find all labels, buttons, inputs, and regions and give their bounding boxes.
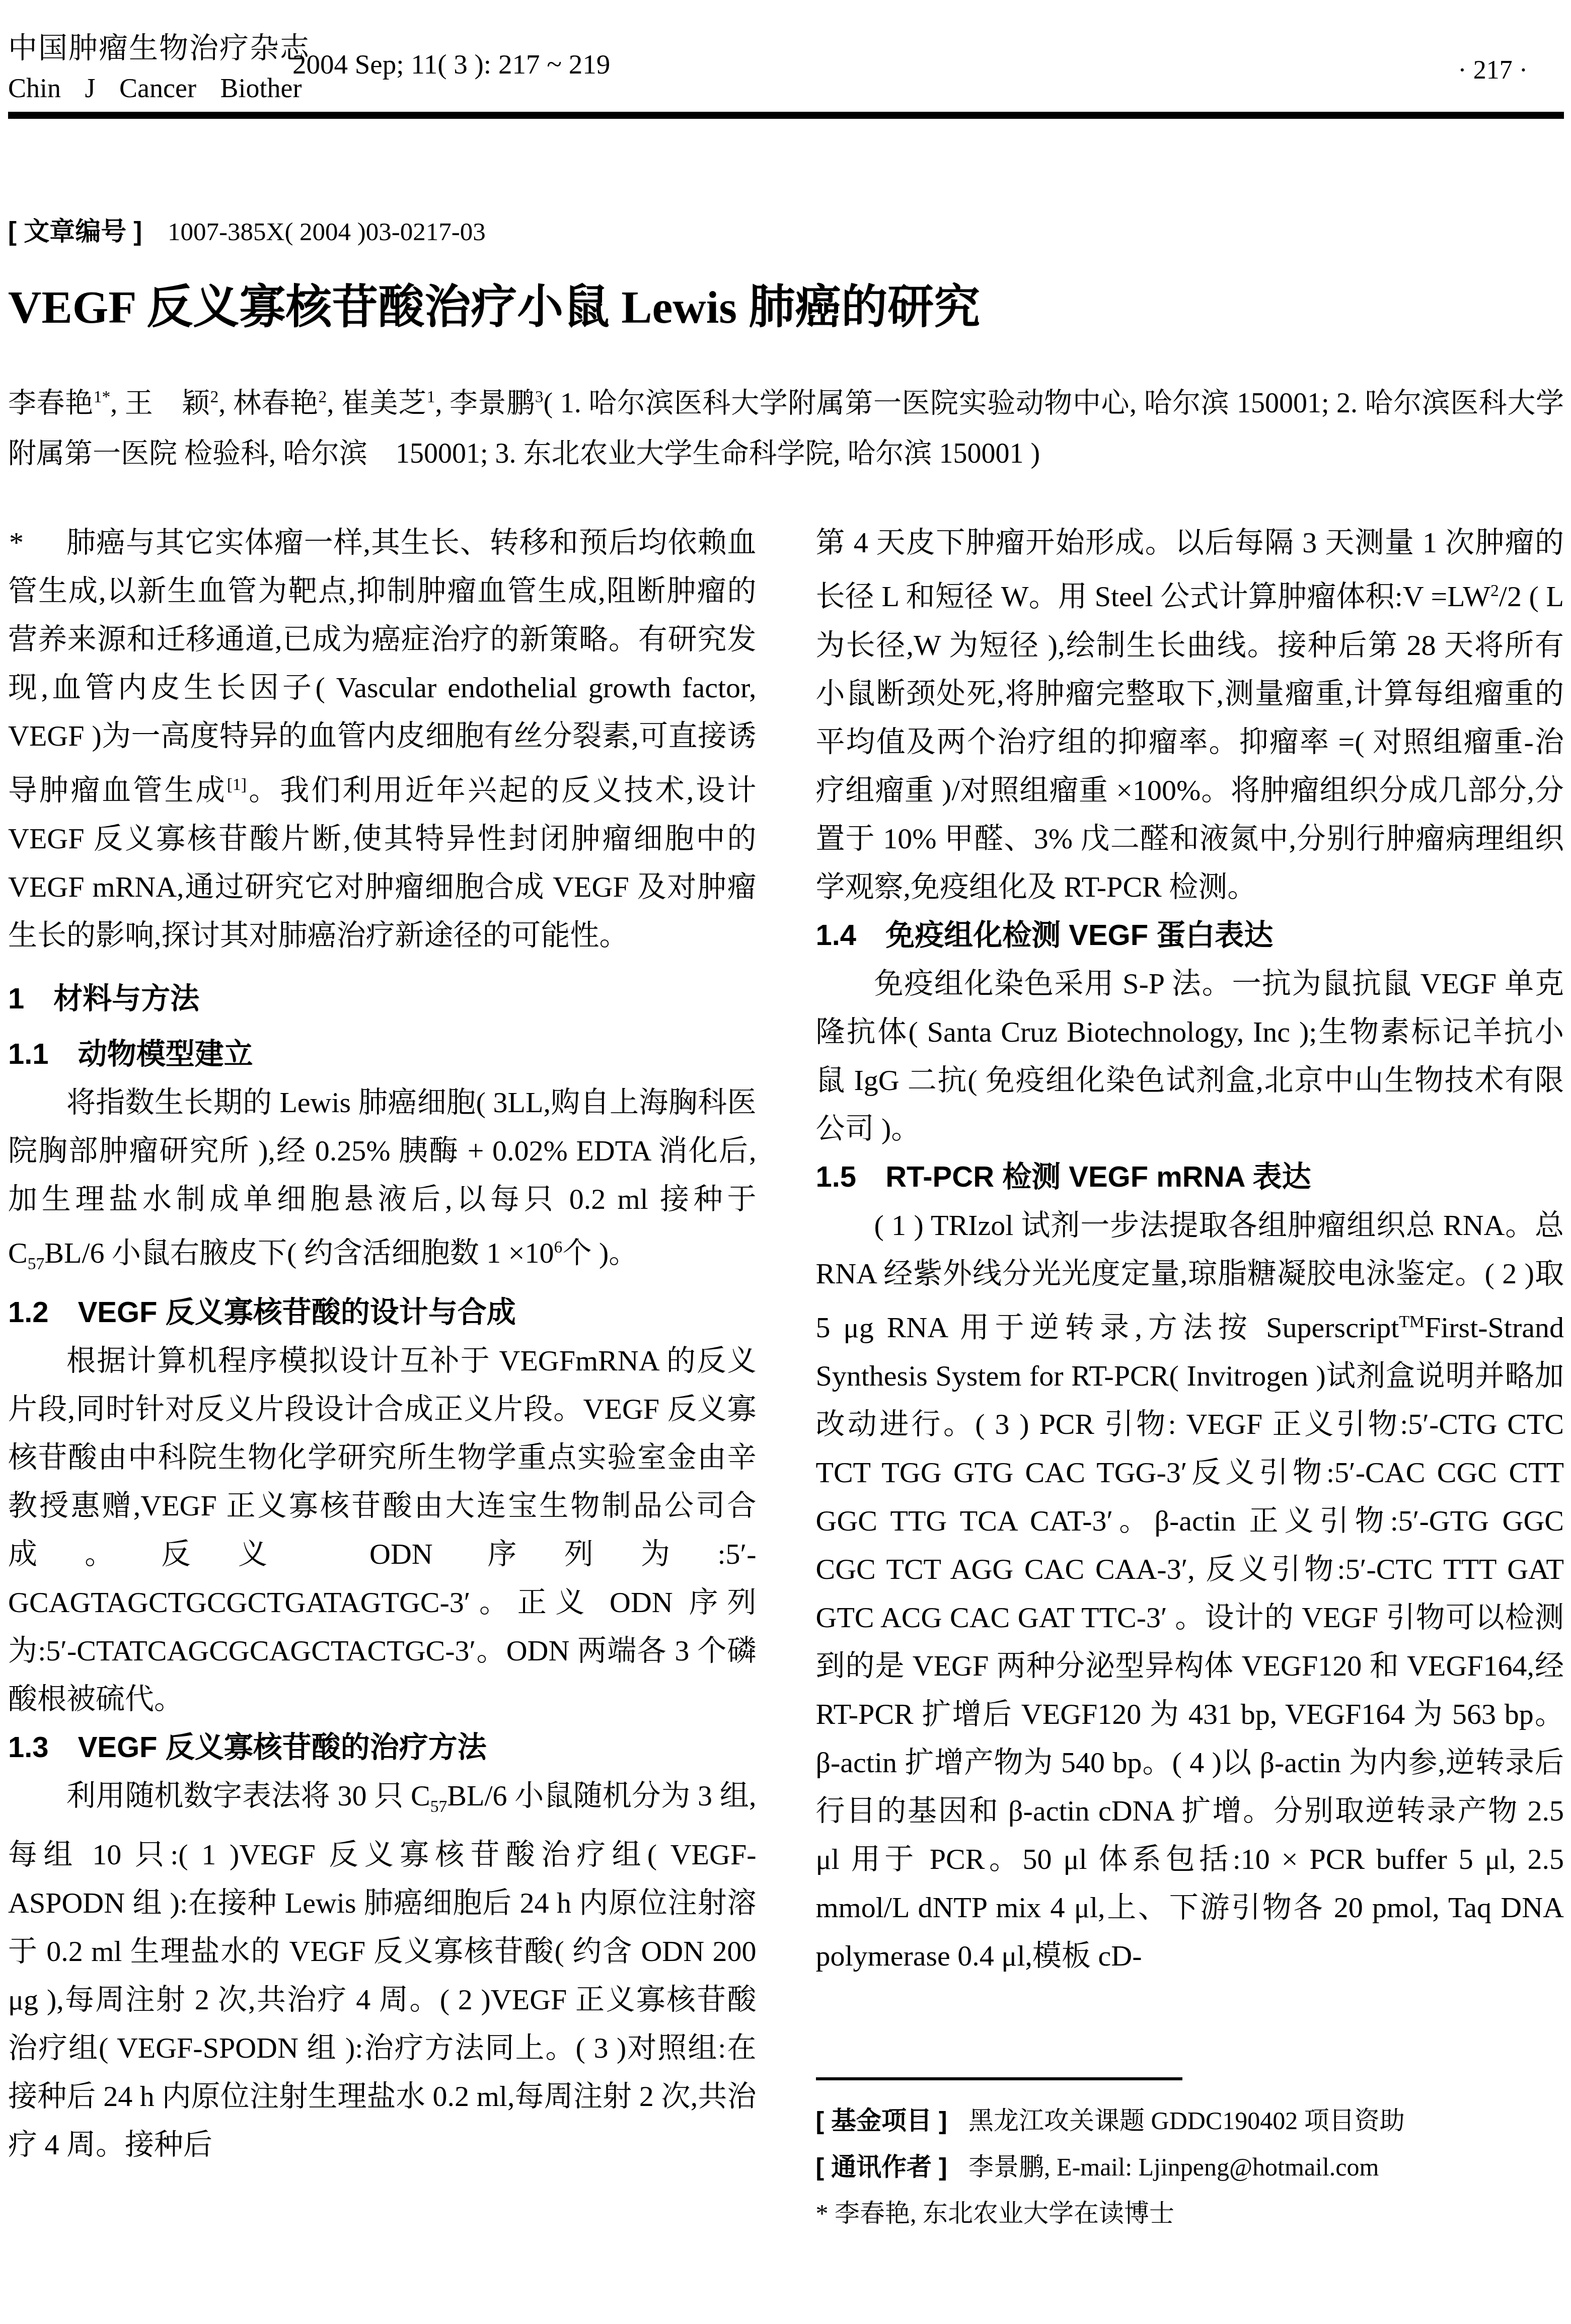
fund-project-label: [ 基金项目 ] [816,2107,947,2135]
corresponding-author-label: [ 通讯作者 ] [816,2153,947,2181]
journal-title-english: Chin J Cancer Biother [8,72,302,104]
intro-text: 肺癌与其它实体瘤一样,其生长、转移和预后均依赖血管生成,以新生血管为靶点,抑制肿… [8,526,757,951]
page-number: · 217 · [1458,55,1528,85]
section-1-1-heading: 1.1 动物模型建立 [8,1030,757,1078]
section-1-3-body: 利用随机数字表法将 30 只 C57BL/6 小鼠随机分为 3 组,每组 10 … [8,1772,757,2169]
article-id-value: 1007-385X( 2004 )03-0217-03 [168,218,486,246]
fund-project-text: 黑龙江攻关课题 GDDC190402 项目资助 [968,2107,1405,2135]
header-rule [8,112,1564,119]
first-author-note: * 李春艳, 东北农业大学在读博士 [816,2190,1564,2236]
issue-citation: 2004 Sep; 11( 3 ): 217 ~ 219 [292,48,610,80]
article-id-line: [ 文章编号 ] 1007-385X( 2004 )03-0217-03 [8,210,1564,248]
section-1-3-continued: 第 4 天皮下肿瘤开始形成。以后每隔 3 天测量 1 次肿瘤的长径 L 和短径 … [816,519,1564,911]
right-column: 第 4 天皮下肿瘤开始形成。以后每隔 3 天测量 1 次肿瘤的长径 L 和短径 … [816,519,1564,2236]
section-1-2-body: 根据计算机程序模拟设计互补于 VEGFmRNA 的反义片段,同时针对反义片段设计… [8,1337,757,1723]
corresponding-author-text: 李景鹏, E-mail: Ljinpeng@hotmail.com [968,2153,1379,2181]
section-1-4-body: 免疫组化染色采用 S-P 法。一抗为鼠抗鼠 VEGF 单克隆抗体( Santa … [816,960,1564,1153]
body-columns: *肺癌与其它实体瘤一样,其生长、转移和预后均依赖血管生成,以新生血管为靶点,抑制… [8,519,1564,2236]
section-1-5-heading: 1.5 RT-PCR 检测 VEGF mRNA 表达 [816,1153,1564,1201]
journal-title-chinese: 中国肿瘤生物治疗杂志 [8,24,310,66]
footnote-block: [ 基金项目 ] 黑龙江攻关课题 GDDC190402 项目资助 [ 通讯作者 … [816,2059,1564,2236]
section-1-3-heading: 1.3 VEGF 反义寡核苷酸的治疗方法 [8,1723,757,1772]
section-1-1-body: 将指数生长期的 Lewis 肺癌细胞( 3LL,购自上海胸科医院胸部肿瘤研究所 … [8,1078,757,1288]
paper-page: 中国肿瘤生物治疗杂志 Chin J Cancer Biother 2004 Se… [0,0,1571,2324]
section-1-heading: 1 材料与方法 [8,975,757,1023]
fund-project-line: [ 基金项目 ] 黑龙江攻关课题 GDDC190402 项目资助 [816,2097,1564,2144]
footnote-rule [816,2077,1182,2080]
left-column: *肺癌与其它实体瘤一样,其生长、转移和预后均依赖血管生成,以新生血管为靶点,抑制… [8,519,757,2236]
journal-masthead: 中国肿瘤生物治疗杂志 Chin J Cancer Biother 2004 Se… [8,24,1564,104]
section-1-5-body: ( 1 ) TRIzol 试剂一步法提取各组肿瘤组织总 RNA。总 RNA 经紫… [816,1201,1564,1980]
authors-line: 李春艳1*, 王 颖2, 林春艳2, 崔美芝1, 李景鹏3( 1. 哈尔滨医科大… [8,372,1564,480]
section-1-4-heading: 1.4 免疫组化检测 VEGF 蛋白表达 [816,911,1564,960]
article-title: VEGF 反义寡核苷酸治疗小鼠 Lewis 肺癌的研究 [8,281,1564,334]
article-id-label: [ 文章编号 ] [8,217,142,246]
corresponding-author-line: [ 通讯作者 ] 李景鹏, E-mail: Ljinpeng@hotmail.c… [816,2144,1564,2190]
intro-paragraph: *肺癌与其它实体瘤一样,其生长、转移和预后均依赖血管生成,以新生血管为靶点,抑制… [8,519,757,959]
section-1-2-heading: 1.2 VEGF 反义寡核苷酸的设计与合成 [8,1288,757,1337]
footnote-star-marker: * [9,519,24,567]
